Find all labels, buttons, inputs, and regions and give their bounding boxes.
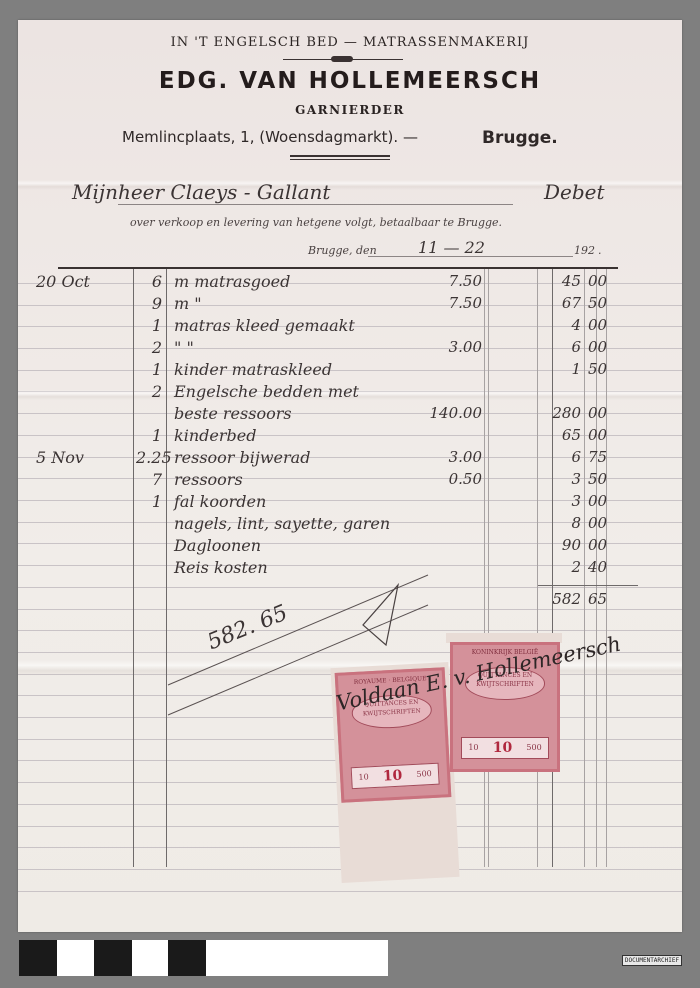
- total-rule: [538, 585, 638, 586]
- row-description: Dagloonen: [174, 536, 261, 555]
- row-unit-price: 0.50: [420, 470, 482, 488]
- row-unit-price: 140.00: [420, 404, 482, 422]
- stamp-emblem-icon: 10: [493, 740, 512, 756]
- color-swatch: [168, 940, 206, 976]
- row-description: nagels, lint, sayette, garen: [174, 514, 390, 533]
- row-amount-cents: 00: [588, 338, 607, 356]
- ruled-line: [18, 283, 682, 284]
- row-quantity: 7: [136, 470, 162, 489]
- row-amount-cents: 75: [588, 448, 607, 466]
- row-date: 5 Nov: [36, 448, 84, 467]
- row-amount-francs: 8: [539, 514, 581, 532]
- row-description: m ": [174, 294, 202, 313]
- row-description: kinderbed: [174, 426, 256, 445]
- row-amount-francs: 2: [539, 558, 581, 576]
- row-description: beste ressoors: [174, 404, 292, 423]
- row-description: kinder matraskleed: [174, 360, 332, 379]
- row-amount-francs: 6: [539, 448, 581, 466]
- cents-column-divider: [584, 267, 585, 867]
- color-swatch: [132, 940, 168, 976]
- stamp-value-panel: 10 10 500: [351, 762, 439, 789]
- row-amount-francs: 90: [539, 536, 581, 554]
- color-swatch: [57, 940, 94, 976]
- year-prefix: 192: [574, 244, 595, 257]
- row-amount-cents: 00: [588, 316, 607, 334]
- decorative-ornament-icon: [331, 56, 353, 62]
- row-amount-cents: 00: [588, 272, 607, 290]
- row-quantity: 1: [136, 360, 162, 379]
- ruled-line: [18, 500, 682, 501]
- business-city: Brugge.: [482, 128, 558, 148]
- row-description: m matrasgoed: [174, 272, 290, 291]
- row-amount-francs: 3: [539, 492, 581, 510]
- row-description: fal koorden: [174, 492, 266, 511]
- row-amount-cents: 00: [588, 404, 607, 422]
- date-column-divider: [133, 267, 134, 867]
- letterhead-tagline: IN 'T ENGELSCH BED — MATRASSENMAKERIJ: [18, 35, 682, 50]
- row-quantity: 9: [136, 294, 162, 313]
- row-description: Engelsche bedden met: [174, 382, 359, 401]
- total-cents: 65: [588, 590, 607, 608]
- debit-label: Debet: [544, 180, 605, 204]
- row-quantity: 1: [136, 426, 162, 445]
- row-description: " ": [174, 338, 194, 357]
- row-amount-francs: 6: [539, 338, 581, 356]
- row-amount-francs: 1: [539, 360, 581, 378]
- color-swatch: [94, 940, 132, 976]
- row-quantity: 1: [136, 492, 162, 511]
- row-amount-francs: 3: [539, 470, 581, 488]
- company-name: EDG. VAN HOLLEMEERSCH: [18, 68, 682, 94]
- color-swatch: [19, 940, 57, 976]
- row-amount-cents: 50: [588, 294, 607, 312]
- row-quantity: 1: [136, 316, 162, 335]
- price-column-divider: [488, 267, 489, 867]
- stamp-emblem-icon: 10: [382, 768, 402, 785]
- row-quantity: 2: [136, 338, 162, 357]
- row-description: matras kleed gemaakt: [174, 316, 355, 335]
- total-francs: 582: [539, 590, 581, 608]
- stamp-value-left: 10: [358, 773, 369, 783]
- row-amount-cents: 00: [588, 426, 607, 444]
- row-amount-francs: 45: [539, 272, 581, 290]
- row-unit-price: 7.50: [420, 272, 482, 290]
- invoice-date: 11 — 22: [418, 238, 485, 257]
- ruled-line: [18, 457, 682, 458]
- row-amount-francs: 4: [539, 316, 581, 334]
- ruled-line: [18, 305, 682, 306]
- row-amount-francs: 280: [539, 404, 581, 422]
- business-address: Memlincplaats, 1, (Woensdagmarkt). —: [122, 128, 418, 146]
- ruled-line: [18, 543, 682, 544]
- decorative-rule: [290, 155, 390, 157]
- row-unit-price: 7.50: [420, 294, 482, 312]
- row-quantity: 2.25: [136, 448, 162, 467]
- invoice-paper: IN 'T ENGELSCH BED — MATRASSENMAKERIJ ED…: [18, 20, 682, 932]
- row-date: 20 Oct: [36, 272, 90, 291]
- ruled-line: [18, 370, 682, 371]
- amount-column-divider: [537, 267, 538, 867]
- stamp-value-right: 500: [526, 743, 541, 752]
- watermark-badge: DOCUMENTARCHIEF: [622, 955, 682, 966]
- price-column-divider: [484, 267, 485, 867]
- row-amount-cents: 00: [588, 492, 607, 510]
- row-description: ressoors: [174, 470, 243, 489]
- stamp-value-right: 500: [416, 769, 432, 779]
- row-unit-price: 3.00: [420, 338, 482, 356]
- ledger-top-rule: [58, 267, 618, 269]
- row-unit-price: 3.00: [420, 448, 482, 466]
- ruled-line: [18, 348, 682, 349]
- year-suffix: .: [598, 244, 602, 257]
- row-amount-francs: 65: [539, 426, 581, 444]
- row-description: ressoor bijwerad: [174, 448, 310, 467]
- profession-title: GARNIERDER: [18, 103, 682, 117]
- stamp-value-left: 10: [468, 743, 478, 752]
- row-quantity: 2: [136, 382, 162, 401]
- customer-underline: [118, 204, 513, 205]
- row-amount-cents: 40: [588, 558, 607, 576]
- row-amount-cents: 00: [588, 514, 607, 532]
- ruled-line: [18, 413, 682, 414]
- color-swatch: [206, 940, 388, 976]
- payment-terms: over verkoop en levering van hetgene vol…: [130, 216, 502, 229]
- row-amount-cents: 00: [588, 536, 607, 554]
- ruled-line: [18, 435, 682, 436]
- place-date-label: Brugge, den: [308, 244, 377, 257]
- ruled-line: [18, 891, 682, 892]
- row-amount-cents: 50: [588, 360, 607, 378]
- row-amount-cents: 50: [588, 470, 607, 488]
- stamp-value-panel: 10 10 500: [461, 737, 548, 759]
- decorative-rule: [290, 159, 390, 160]
- ruled-line: [18, 478, 682, 479]
- row-quantity: 6: [136, 272, 162, 291]
- row-amount-francs: 67: [539, 294, 581, 312]
- customer-name: Mijnheer Claeys - Gallant: [72, 180, 330, 204]
